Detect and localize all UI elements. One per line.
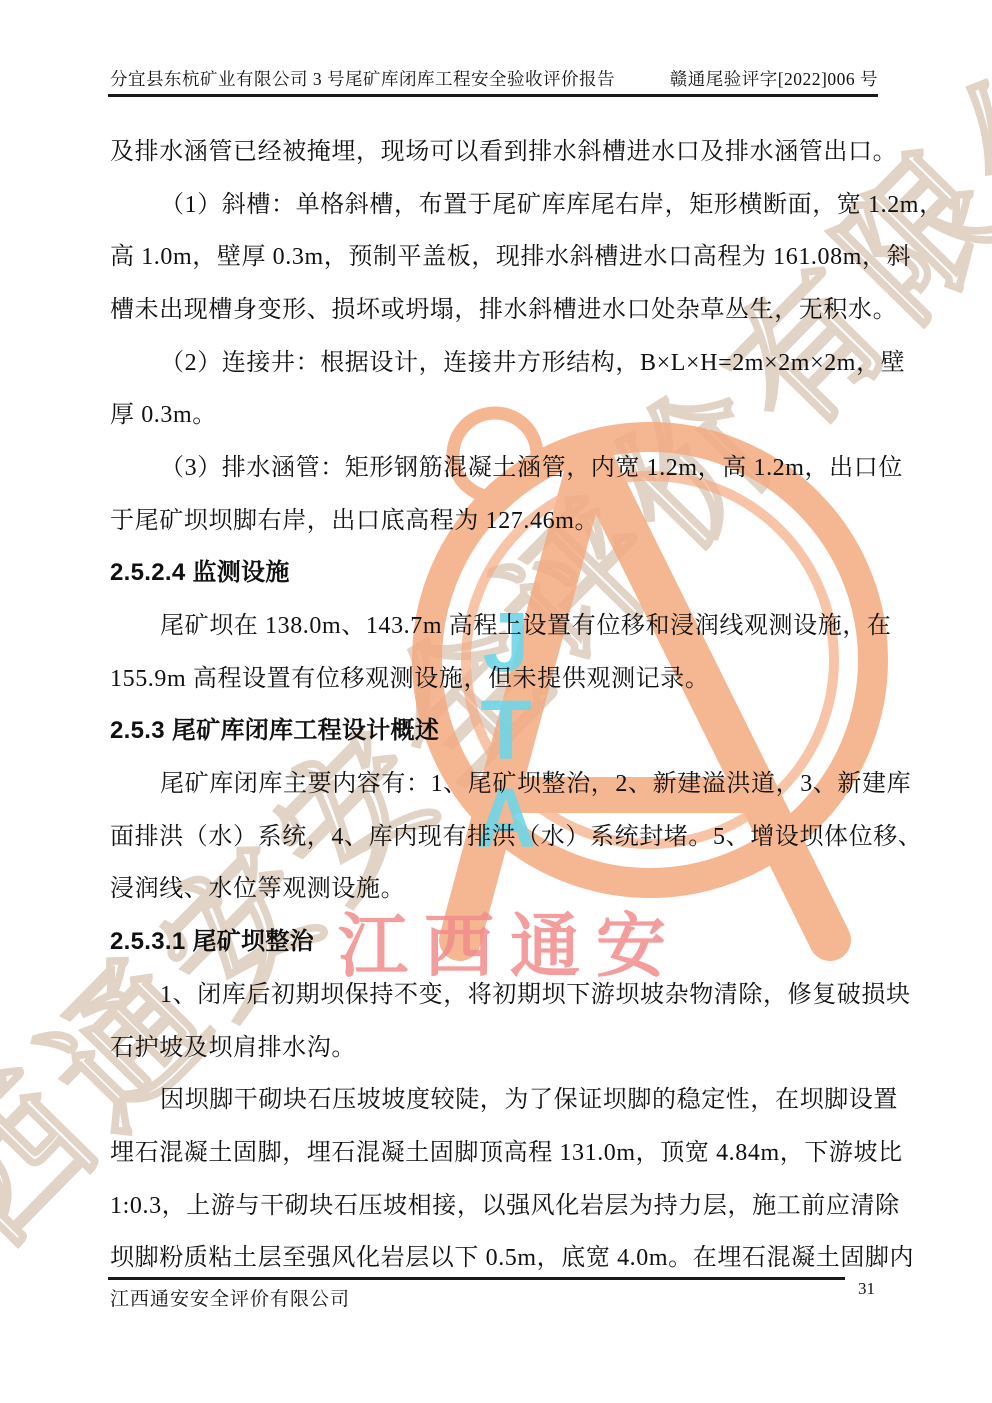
text-line: （3）排水涵管：矩形钢筋混凝土涵管，内宽 1.2m，高 1.2m，出口位 [110,438,878,491]
text-line: 及排水涵管已经被掩埋，现场可以看到排水斜槽进水口及排水涵管出口。 [110,122,878,175]
text-line: 于尾矿坝坝脚右岸，出口底高程为 127.46m。 [110,491,878,544]
text-line: 面排洪（水）系统，4、库内现有排洪（水）系统封堵。5、增设坝体位移、 [110,807,878,860]
text-line: 石护坡及坝肩排水沟。 [110,1018,878,1071]
text-line-content: 尾矿坝在 138.0m、143.7m 高程上设置有位移和浸润线观测设施，在 [160,605,892,640]
text-line: 坝脚粉质粘土层至强风化岩层以下 0.5m，底宽 4.0m。在埋石混凝土固脚内 [110,1228,878,1281]
report-title: 分宜县东杭矿业有限公司 3 号尾矿库闭库工程安全验收评价报告 [110,66,615,91]
text-line-content: 埋石混凝土固脚，埋石混凝土固脚顶高程 131.0m，顶宽 4.84m，下游坡比 [110,1132,903,1167]
document-page: 江西通安安全评价有限公司 JTA 江西通安 分宜县东杭矿业有限公司 3 号尾矿库… [0,0,992,1403]
text-line-content: 槽未出现槽身变形、损坏或坍塌，排水斜槽进水口处杂草丛生，无积水。 [110,289,897,324]
text-line-content: （3）排水涵管：矩形钢筋混凝土涵管，内宽 1.2m，高 1.2m，出口位 [160,447,903,482]
text-line: 厚 0.3m。 [110,385,878,438]
text-line: 2.5.2.4 监测设施 [110,544,878,597]
text-line-content: 高 1.0m，壁厚 0.3m，预制平盖板，现排水斜槽进水口高程为 161.08m… [110,236,911,271]
text-line-content: 石护坡及坝肩排水沟。 [110,1027,356,1062]
text-line-content: 155.9m 高程设置有位移观测设施，但未提供观测记录。 [110,658,709,693]
text-line: 2.5.3.1 尾矿坝整治 [110,912,878,965]
text-line: 155.9m 高程设置有位移观测设施，但未提供观测记录。 [110,649,878,702]
footer-company-name: 江西通安安全评价有限公司 [110,1284,350,1311]
text-line: 高 1.0m，壁厚 0.3m，预制平盖板，现排水斜槽进水口高程为 161.08m… [110,227,878,280]
text-line: 1:0.3，上游与干砌块石压坡相接，以强风化岩层为持力层，施工前应清除 [110,1176,878,1229]
text-line-content: 及排水涵管已经被掩埋，现场可以看到排水斜槽进水口及排水涵管出口。 [110,131,897,166]
page-number: 31 [858,1279,875,1299]
text-line-content: 厚 0.3m。 [110,394,217,429]
text-line: （2）连接井：根据设计，连接井方形结构，B×L×H=2m×2m×2m，壁 [110,333,878,386]
text-line: 因坝脚干砌块石压坡坡度较陡，为了保证坝脚的稳定性，在坝脚设置 [110,1070,878,1123]
text-line-content: 浸润线、水位等观测设施。 [110,868,405,903]
text-line-content: 2.5.3.1 尾矿坝整治 [110,921,314,956]
text-line: 2.5.3 尾矿库闭库工程设计概述 [110,702,878,755]
text-line-content: 1、闭库后初期坝保持不变，将初期坝下游坝坡杂物清除，修复破损块 [160,974,911,1009]
text-line: 槽未出现槽身变形、损坏或坍塌，排水斜槽进水口处杂草丛生，无积水。 [110,280,878,333]
footer-rule [108,1277,845,1280]
text-line-content: 因坝脚干砌块石压坡坡度较陡，为了保证坝脚的稳定性，在坝脚设置 [160,1079,898,1114]
text-line: 尾矿库闭库主要内容有：1、尾矿坝整治，2、新建溢洪道，3、新建库 [110,754,878,807]
text-line-content: 尾矿库闭库主要内容有：1、尾矿坝整治，2、新建溢洪道，3、新建库 [160,763,911,798]
text-line-content: 2.5.2.4 监测设施 [110,552,290,587]
text-line-content: 面排洪（水）系统，4、库内现有排洪（水）系统封堵。5、增设坝体位移、 [110,816,922,851]
text-line: 浸润线、水位等观测设施。 [110,860,878,913]
header-rule [108,94,878,97]
text-line: 尾矿坝在 138.0m、143.7m 高程上设置有位移和浸润线观测设施，在 [110,596,878,649]
text-line: （1）斜槽：单格斜槽，布置于尾矿库库尾右岸，矩形横断面，宽 1.2m， [110,175,878,228]
text-line-content: （2）连接井：根据设计，连接井方形结构，B×L×H=2m×2m×2m，壁 [160,342,905,377]
text-line: 1、闭库后初期坝保持不变，将初期坝下游坝坡杂物清除，修复破损块 [110,965,878,1018]
text-line-content: 2.5.3 尾矿库闭库工程设计概述 [110,710,439,745]
text-line-content: 于尾矿坝坝脚右岸，出口底高程为 127.46m。 [110,500,599,535]
text-line-content: 坝脚粉质粘土层至强风化岩层以下 0.5m，底宽 4.0m。在埋石混凝土固脚内 [110,1237,914,1272]
text-line: 埋石混凝土固脚，埋石混凝土固脚顶高程 131.0m，顶宽 4.84m，下游坡比 [110,1123,878,1176]
text-line-content: 1:0.3，上游与干砌块石压坡相接，以强风化岩层为持力层，施工前应清除 [110,1185,900,1220]
document-number: 赣通尾验评字[2022]006 号 [670,66,878,91]
document-body: 及排水涵管已经被掩埋，现场可以看到排水斜槽进水口及排水涵管出口。 （1）斜槽：单… [110,122,878,1281]
text-line-content: （1）斜槽：单格斜槽，布置于尾矿库库尾右岸，矩形横断面，宽 1.2m， [160,184,944,219]
